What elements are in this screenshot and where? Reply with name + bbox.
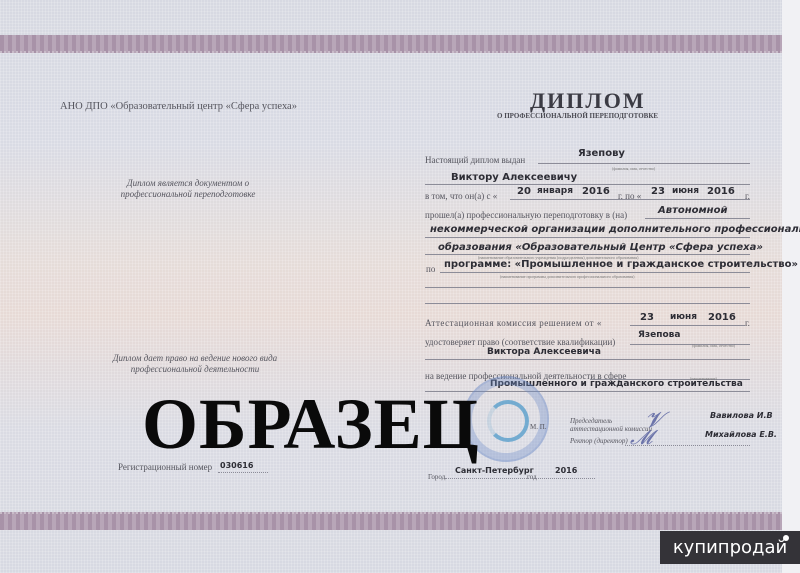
period-from-month: января	[537, 186, 573, 196]
period-to-year: 2016	[707, 186, 735, 197]
underline	[425, 184, 750, 185]
program-prefix: по	[426, 264, 435, 274]
recipient-name: Виктору Алексеевичу	[451, 172, 577, 183]
certified-name: Виктора Алексеевича	[487, 347, 601, 357]
underline	[440, 272, 750, 273]
city-value: Санкт-Петербург	[455, 466, 534, 475]
signature-rector: 𝓜	[630, 425, 652, 449]
issue-year: 2016	[555, 466, 577, 475]
commission-year-suffix: г.	[745, 318, 750, 328]
period-to-month: июня	[672, 186, 699, 196]
period-prefix: в том, что он(а) с «	[425, 191, 497, 201]
site-badge[interactable]: купипродай	[660, 531, 800, 564]
year-label: год	[527, 473, 537, 481]
certified-surname: Язепова	[638, 330, 680, 340]
underline	[630, 325, 745, 326]
underline	[425, 237, 750, 238]
hint-program: (наименование программы дополнительного …	[500, 274, 634, 279]
registration-line	[218, 472, 268, 473]
chair-name: Вавилова И.В	[710, 411, 773, 420]
hint-fio-2: (фамилия, имя, отчество)	[692, 343, 735, 348]
commission-year: 2016	[708, 312, 736, 323]
underline	[538, 163, 750, 164]
institution-line-2: некоммерческой организации дополнительно…	[430, 224, 800, 235]
document-note: Диплом является документом о профессиона…	[108, 178, 268, 200]
rector-label: Ректор (директор)	[570, 437, 628, 445]
diploma-subtitle: О ПРОФЕССИОНАЛЬНОЙ ПЕРЕПОДГОТОВКЕ	[497, 112, 658, 120]
underline	[645, 218, 750, 219]
city-label: Город	[428, 473, 445, 481]
commission-label: Аттестационная комиссия решением от «	[425, 318, 602, 328]
organization-name: АНО ДПО «Образовательный центр «Сфера ус…	[60, 101, 297, 112]
decorative-band-bottom	[0, 512, 782, 530]
period-from-year: 2016	[582, 186, 610, 197]
diploma-title: ДИПЛОМ	[530, 88, 646, 114]
seal-label: М. П.	[530, 423, 547, 431]
certifies-label: удостоверяет право (соответствие квалифи…	[425, 337, 615, 347]
underline	[445, 478, 595, 479]
badge-dot-icon	[783, 535, 789, 541]
underline	[425, 303, 750, 304]
hint-fio: (фамилия, имя, отчество)	[612, 166, 655, 171]
underline	[510, 199, 750, 200]
recipient-surname: Язепову	[578, 148, 625, 159]
sample-watermark: ОБРАЗЕЦ	[142, 388, 480, 460]
underline	[425, 287, 750, 288]
decorative-band-top	[0, 35, 782, 53]
commission-day: 23	[640, 312, 654, 323]
program-name: программе: «Промышленное и гражданское с…	[444, 259, 798, 270]
institution-line-1: Автономной	[658, 205, 727, 216]
period-to-day: 23	[651, 186, 665, 197]
passed-label: прошел(а) профессиональную переподготовк…	[425, 210, 627, 220]
rector-name: Михайлова Е.В.	[705, 430, 777, 439]
underline	[425, 359, 750, 360]
institution-line-3: образования «Образовательный Центр «Сфер…	[438, 242, 763, 253]
page-edge	[782, 0, 800, 573]
issued-label: Настоящий диплом выдан	[425, 155, 525, 165]
rights-note: Диплом дает право на ведение нового вида…	[95, 353, 295, 375]
commission-month: июня	[670, 312, 697, 322]
period-from-day: 20	[517, 186, 531, 197]
